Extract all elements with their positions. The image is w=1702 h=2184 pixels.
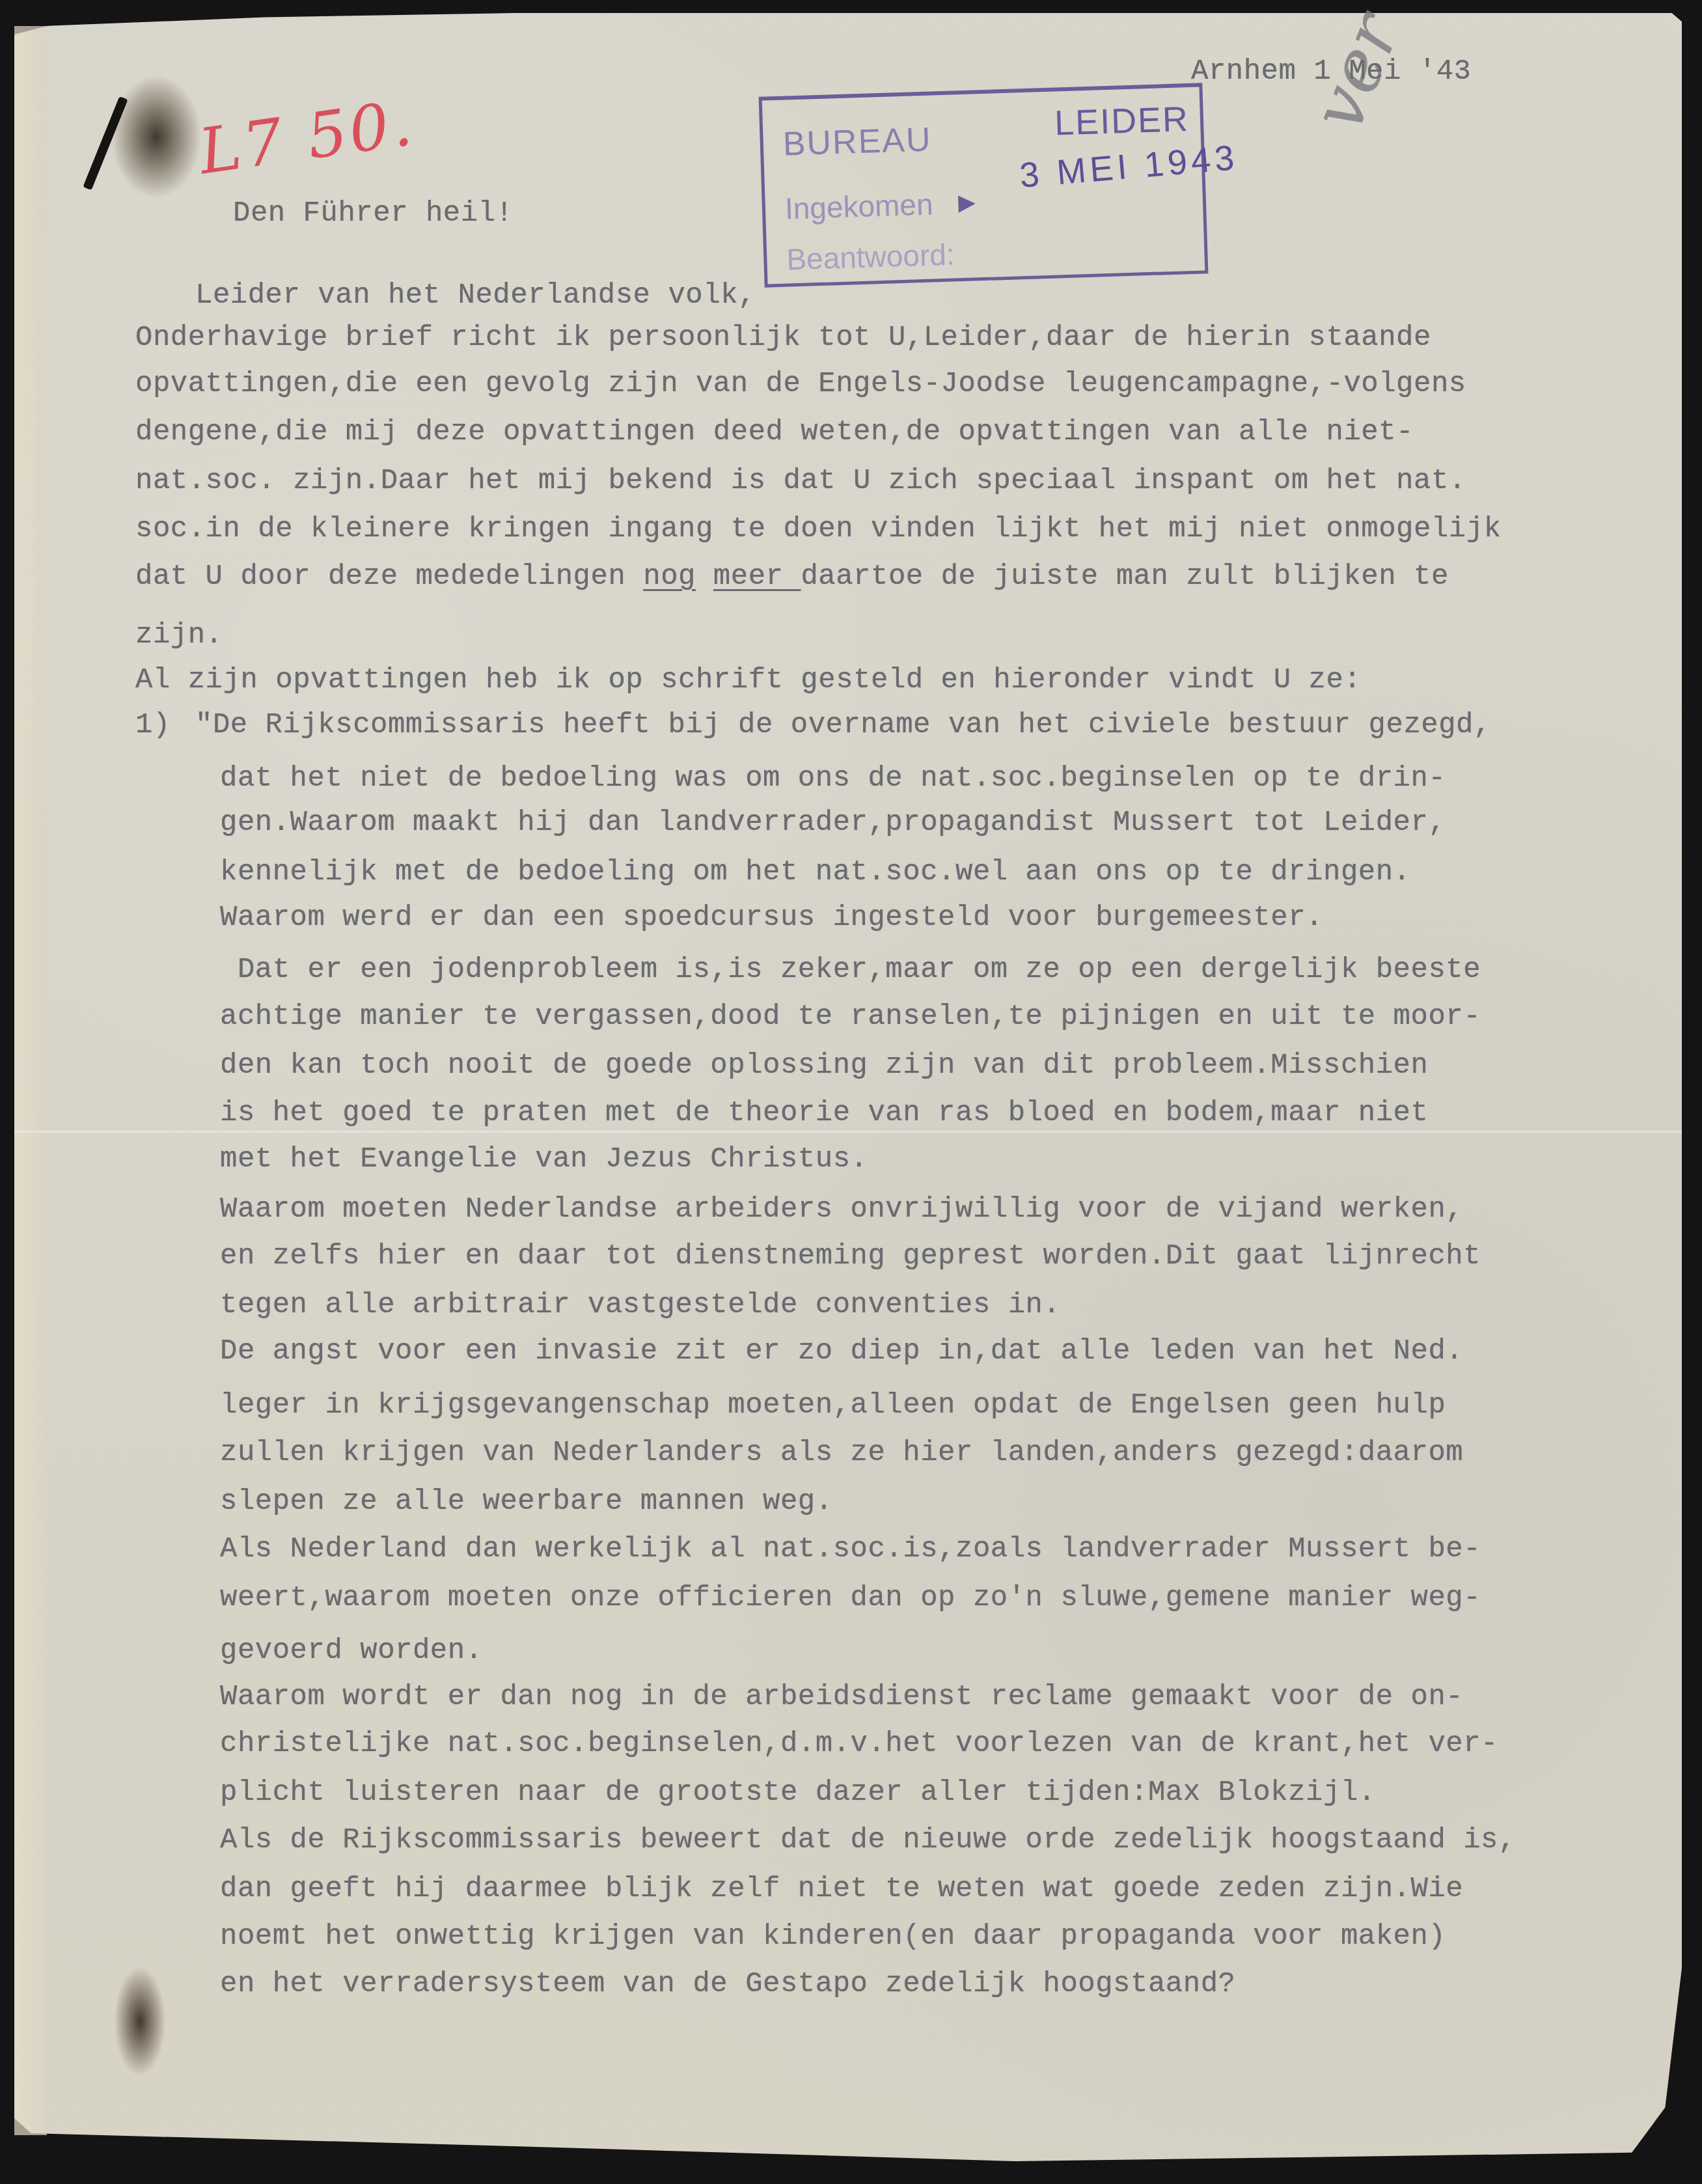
item-line: Waarom werd er dan een spoedcursus inges… [220,904,1323,932]
item-line: christelijke nat.soc.beginselen,d.m.v.he… [220,1730,1498,1758]
salutation: Den Führer heil! [233,199,513,228]
item-line: dan geeft hij daarmee blijk zelf niet te… [220,1875,1463,1903]
item-line: met het Evangelie van Jezus Christus. [220,1145,868,1174]
underlined-word: nog [643,560,696,593]
item-line: achtige manier te vergassen,dood te rans… [220,1002,1481,1031]
item-line: Waarom wordt er dan nog in de arbeidsdie… [220,1683,1463,1711]
list-intro: Al zijn opvattingen heb ik op schrift ge… [135,666,1361,695]
intro-line-emphasis: dat U door deze mededelingen nog meer da… [135,562,1449,591]
stamp-office: BUREAU [782,120,932,163]
item-line: De angst voor een invasie zit er zo diep… [220,1337,1463,1366]
intro-line: opvattingen,die een gevolg zijn van de E… [135,370,1466,398]
item-line: slepen ze alle weerbare mannen weg. [220,1487,833,1516]
burn-mark-top [111,75,202,199]
stamp-arrow-icon: ► [952,186,981,219]
item-line: noemt het onwettig krijgen van kinderen(… [220,1922,1446,1951]
item-line: is het goed te praten met de theorie van… [220,1099,1428,1127]
item-line: Waarom moeten Nederlandse arbeiders onvr… [220,1195,1463,1224]
item-line: tegen alle arbitrair vastgestelde conven… [220,1291,1060,1320]
item-line: den kan toch nooit de goede oplossing zi… [220,1051,1428,1080]
stamp-received-label: Ingekomen [784,186,933,226]
received-stamp: BUREAU LEIDER 3 MEI 1943 Ingekomen ► Bea… [759,83,1209,287]
item-line: Dat er een jodenprobleem is,is zeker,maa… [220,956,1481,984]
item-line: gen.Waarom maakt hij dan landverrader,pr… [220,809,1446,837]
item-line: en zelfs hier en daar tot dienstneming g… [220,1242,1481,1271]
item-line: "De Rijkscommissaris heeft bij de overna… [195,711,1491,740]
item-line: kennelijk met de bedoeling om het nat.so… [220,858,1411,887]
place-date: Arnhem 1 Mei '43 [1191,57,1471,86]
fold-crease [14,1131,1682,1133]
item-line: plicht luisteren naar de grootste dazer … [220,1778,1376,1807]
item-line: en het verradersysteem van de Gestapo ze… [220,1970,1235,1998]
stamp-title: LEIDER [1054,99,1190,143]
paper-edge [14,26,47,2135]
item-line: leger in krijgsgevangenschap moeten,alle… [220,1391,1446,1420]
intro-line: dengene,die mij deze opvattingen deed we… [135,418,1414,447]
item-line: Als Nederland dan werkelijk al nat.soc.i… [220,1535,1481,1564]
burn-mark-bottom [114,1966,166,2077]
intro-end: zijn. [135,621,223,650]
underlined-word: meer [713,560,801,593]
item-line: dat het niet de bedoeling was om ons de … [220,764,1446,793]
item-line: zullen krijgen van Nederlanders als ze h… [220,1439,1463,1467]
address-line: Leider van het Nederlandse volk, [195,281,756,310]
stamp-answered-label: Beantwoord: [786,236,955,277]
item-line: gevoerd worden. [220,1637,483,1665]
item-line: Als de Rijkscommissaris beweert dat de n… [220,1826,1516,1855]
item-number: 1) [135,711,171,740]
intro-line: soc.in de kleinere kringen ingang te doe… [135,515,1502,544]
intro-line: nat.soc. zijn.Daar het mij bekend is dat… [135,467,1466,495]
intro-line: Onderhavige brief richt ik persoonlijk t… [135,324,1431,352]
item-line: weert,waarom moeten onze officieren dan … [220,1584,1481,1612]
